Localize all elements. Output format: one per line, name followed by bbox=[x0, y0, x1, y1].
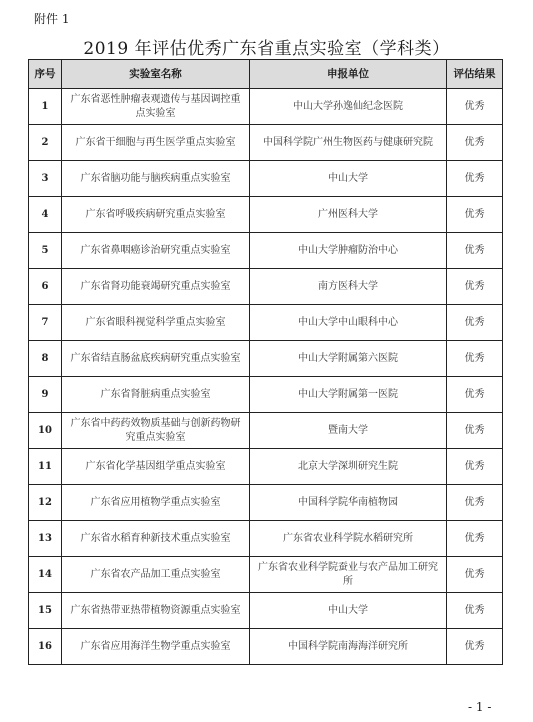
lab-name: 广东省鼻咽癌诊治研究重点实验室 bbox=[62, 233, 250, 269]
lab-name: 广东省脑功能与脑疾病重点实验室 bbox=[62, 161, 250, 197]
applicant-unit: 中山大学附属第六医院 bbox=[250, 341, 447, 377]
attachment-label: 附件 1 bbox=[34, 10, 69, 27]
row-index: 5 bbox=[29, 233, 62, 269]
row-index: 13 bbox=[29, 521, 62, 557]
table-header-row: 序号 实验室名称 申报单位 评估结果 bbox=[29, 60, 503, 89]
page-number: - 1 - bbox=[468, 700, 491, 714]
table-row: 7广东省眼科视觉科学重点实验室中山大学中山眼科中心优秀 bbox=[29, 305, 503, 341]
table-row: 9广东省肾脏病重点实验室中山大学附属第一医院优秀 bbox=[29, 377, 503, 413]
lab-name: 广东省结直肠盆底疾病研究重点实验室 bbox=[62, 341, 250, 377]
evaluation-result: 优秀 bbox=[447, 341, 503, 377]
row-index: 7 bbox=[29, 305, 62, 341]
applicant-unit: 中山大学 bbox=[250, 161, 447, 197]
evaluation-result: 优秀 bbox=[447, 557, 503, 593]
lab-name: 广东省干细胞与再生医学重点实验室 bbox=[62, 125, 250, 161]
applicant-unit: 中山大学附属第一医院 bbox=[250, 377, 447, 413]
evaluation-result: 优秀 bbox=[447, 161, 503, 197]
table-row: 8广东省结直肠盆底疾病研究重点实验室中山大学附属第六医院优秀 bbox=[29, 341, 503, 377]
table-row: 6广东省肾功能衰竭研究重点实验室南方医科大学优秀 bbox=[29, 269, 503, 305]
row-index: 11 bbox=[29, 449, 62, 485]
lab-name: 广东省眼科视觉科学重点实验室 bbox=[62, 305, 250, 341]
table-row: 15广东省热带亚热带植物资源重点实验室中山大学优秀 bbox=[29, 593, 503, 629]
evaluation-result: 优秀 bbox=[447, 593, 503, 629]
lab-name: 广东省农产品加工重点实验室 bbox=[62, 557, 250, 593]
applicant-unit: 中山大学孙逸仙纪念医院 bbox=[250, 89, 447, 125]
lab-name: 广东省恶性肿瘤表观遗传与基因调控重点实验室 bbox=[62, 89, 250, 125]
lab-name: 广东省中药药效物质基础与创新药物研究重点实验室 bbox=[62, 413, 250, 449]
evaluation-result: 优秀 bbox=[447, 521, 503, 557]
evaluation-result: 优秀 bbox=[447, 269, 503, 305]
applicant-unit: 广东省农业科学院蚕业与农产品加工研究所 bbox=[250, 557, 447, 593]
evaluation-result: 优秀 bbox=[447, 485, 503, 521]
header-evaluation-result: 评估结果 bbox=[447, 60, 503, 89]
row-index: 9 bbox=[29, 377, 62, 413]
lab-name: 广东省肾脏病重点实验室 bbox=[62, 377, 250, 413]
evaluation-result: 优秀 bbox=[447, 413, 503, 449]
applicant-unit: 中山大学中山眼科中心 bbox=[250, 305, 447, 341]
applicant-unit: 中国科学院南海海洋研究所 bbox=[250, 629, 447, 665]
applicant-unit: 广州医科大学 bbox=[250, 197, 447, 233]
evaluation-result: 优秀 bbox=[447, 305, 503, 341]
applicant-unit: 广东省农业科学院水稻研究所 bbox=[250, 521, 447, 557]
row-index: 10 bbox=[29, 413, 62, 449]
row-index: 3 bbox=[29, 161, 62, 197]
table-row: 14广东省农产品加工重点实验室广东省农业科学院蚕业与农产品加工研究所优秀 bbox=[29, 557, 503, 593]
table-row: 2广东省干细胞与再生医学重点实验室中国科学院广州生物医药与健康研究院优秀 bbox=[29, 125, 503, 161]
applicant-unit: 中山大学肿瘤防治中心 bbox=[250, 233, 447, 269]
applicant-unit: 北京大学深圳研究生院 bbox=[250, 449, 447, 485]
table-row: 3广东省脑功能与脑疾病重点实验室中山大学优秀 bbox=[29, 161, 503, 197]
applicant-unit: 中国科学院广州生物医药与健康研究院 bbox=[250, 125, 447, 161]
header-lab-name: 实验室名称 bbox=[62, 60, 250, 89]
lab-name: 广东省水稻育种新技术重点实验室 bbox=[62, 521, 250, 557]
row-index: 4 bbox=[29, 197, 62, 233]
lab-name: 广东省应用植物学重点实验室 bbox=[62, 485, 250, 521]
table-row: 10广东省中药药效物质基础与创新药物研究重点实验室暨南大学优秀 bbox=[29, 413, 503, 449]
evaluation-result: 优秀 bbox=[447, 233, 503, 269]
evaluation-result: 优秀 bbox=[447, 197, 503, 233]
evaluation-result: 优秀 bbox=[447, 89, 503, 125]
evaluation-result: 优秀 bbox=[447, 449, 503, 485]
labs-table: 序号 实验室名称 申报单位 评估结果 1广东省恶性肿瘤表观遗传与基因调控重点实验… bbox=[28, 59, 503, 665]
row-index: 8 bbox=[29, 341, 62, 377]
table-row: 4广东省呼吸疾病研究重点实验室广州医科大学优秀 bbox=[29, 197, 503, 233]
row-index: 1 bbox=[29, 89, 62, 125]
header-index: 序号 bbox=[29, 60, 62, 89]
evaluation-result: 优秀 bbox=[447, 629, 503, 665]
applicant-unit: 中国科学院华南植物园 bbox=[250, 485, 447, 521]
lab-name: 广东省应用海洋生物学重点实验室 bbox=[62, 629, 250, 665]
table-row: 5广东省鼻咽癌诊治研究重点实验室中山大学肿瘤防治中心优秀 bbox=[29, 233, 503, 269]
lab-name: 广东省化学基因组学重点实验室 bbox=[62, 449, 250, 485]
row-index: 14 bbox=[29, 557, 62, 593]
document-title: 2019 年评估优秀广东省重点实验室（学科类） bbox=[0, 34, 533, 59]
applicant-unit: 中山大学 bbox=[250, 593, 447, 629]
evaluation-result: 优秀 bbox=[447, 377, 503, 413]
row-index: 2 bbox=[29, 125, 62, 161]
lab-name: 广东省热带亚热带植物资源重点实验室 bbox=[62, 593, 250, 629]
table-row: 16广东省应用海洋生物学重点实验室中国科学院南海海洋研究所优秀 bbox=[29, 629, 503, 665]
table-row: 11广东省化学基因组学重点实验室北京大学深圳研究生院优秀 bbox=[29, 449, 503, 485]
lab-name: 广东省呼吸疾病研究重点实验室 bbox=[62, 197, 250, 233]
table-row: 13广东省水稻育种新技术重点实验室广东省农业科学院水稻研究所优秀 bbox=[29, 521, 503, 557]
row-index: 15 bbox=[29, 593, 62, 629]
table-row: 12广东省应用植物学重点实验室中国科学院华南植物园优秀 bbox=[29, 485, 503, 521]
row-index: 6 bbox=[29, 269, 62, 305]
applicant-unit: 暨南大学 bbox=[250, 413, 447, 449]
row-index: 12 bbox=[29, 485, 62, 521]
evaluation-result: 优秀 bbox=[447, 125, 503, 161]
lab-name: 广东省肾功能衰竭研究重点实验室 bbox=[62, 269, 250, 305]
applicant-unit: 南方医科大学 bbox=[250, 269, 447, 305]
table-row: 1广东省恶性肿瘤表观遗传与基因调控重点实验室中山大学孙逸仙纪念医院优秀 bbox=[29, 89, 503, 125]
row-index: 16 bbox=[29, 629, 62, 665]
header-applicant-unit: 申报单位 bbox=[250, 60, 447, 89]
